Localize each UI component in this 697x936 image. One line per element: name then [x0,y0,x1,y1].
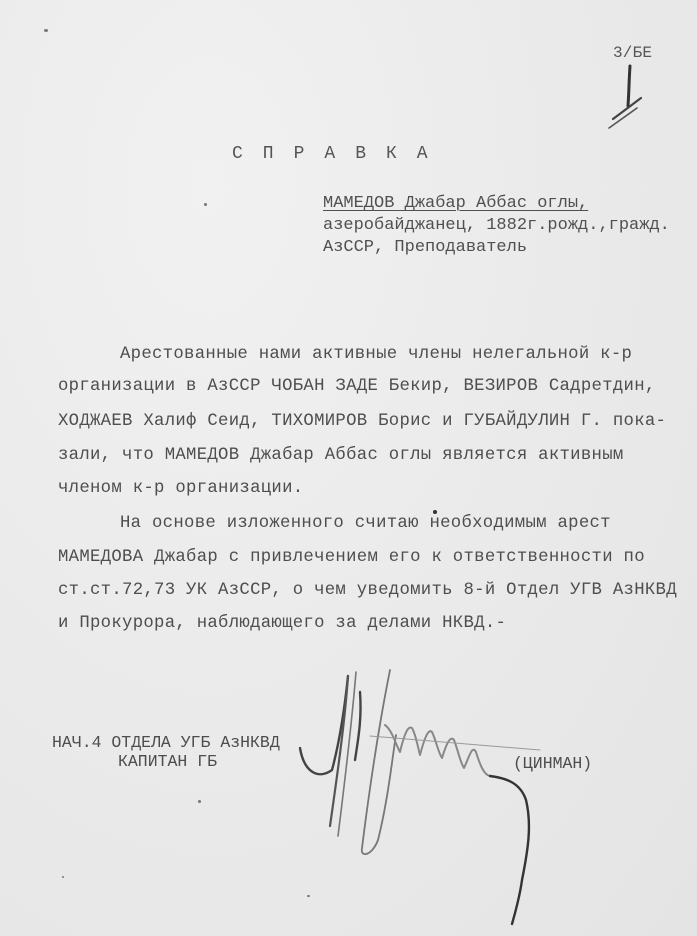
document-page: 3/БЕ СПРАВКА МАМЕДОВ Джабар Аббас оглы, … [0,0,697,936]
document-title: СПРАВКА [232,144,448,164]
signature-icon [300,670,540,924]
paper-speck [307,895,310,897]
paper-speck [62,876,64,878]
paper-speck [198,800,201,803]
signatory-rank: КАПИТАН ГБ [118,752,217,771]
paragraph-line: ст.ст.72,73 УК АзССР, о чем уведомить 8-… [58,581,677,600]
reference-number: 3/БЕ [613,44,652,62]
paper-speck [44,29,48,32]
signatory-name: (ЦИНМАН) [513,754,592,773]
signatory-position: НАЧ.4 ОТДЕЛА УГБ АзНКВД [52,733,280,752]
paragraph-line: и Прокурора, наблюдающего за делами НКВД… [58,614,506,633]
paragraph-line: членом к-р организации. [58,479,303,498]
paper-speck [204,203,207,206]
subject-nationality-birth: азеробайджанец, 1882г.рожд.,гражд. [323,216,670,235]
paragraph-line: зали, что МАМЕДОВ Джабар Аббас оглы явля… [58,446,624,465]
paragraph-line: организации в АзССР ЧОБАН ЗАДЕ Бекир, ВЕ… [58,377,656,396]
handwriting-ink [0,0,697,936]
paper-speck [433,510,437,514]
paragraph-line: Арестованные нами активные члены нелегал… [120,345,632,364]
paragraph-line: МАМЕДОВА Джабар с привлечением его к отв… [58,548,645,567]
subject-block: МАМЕДОВ Джабар Аббас оглы, азеробайджане… [323,193,670,259]
subject-citizenship-occupation: АзССР, Преподаватель [323,238,527,257]
subject-name: МАМЕДОВ Джабар Аббас оглы, [323,194,588,213]
paragraph-line: ХОДЖАЕВ Халиф Сеид, ТИХОМИРОВ Борис и ГУ… [58,412,666,431]
paragraph-line: На основе изложенного считаю необходимым… [120,514,611,533]
